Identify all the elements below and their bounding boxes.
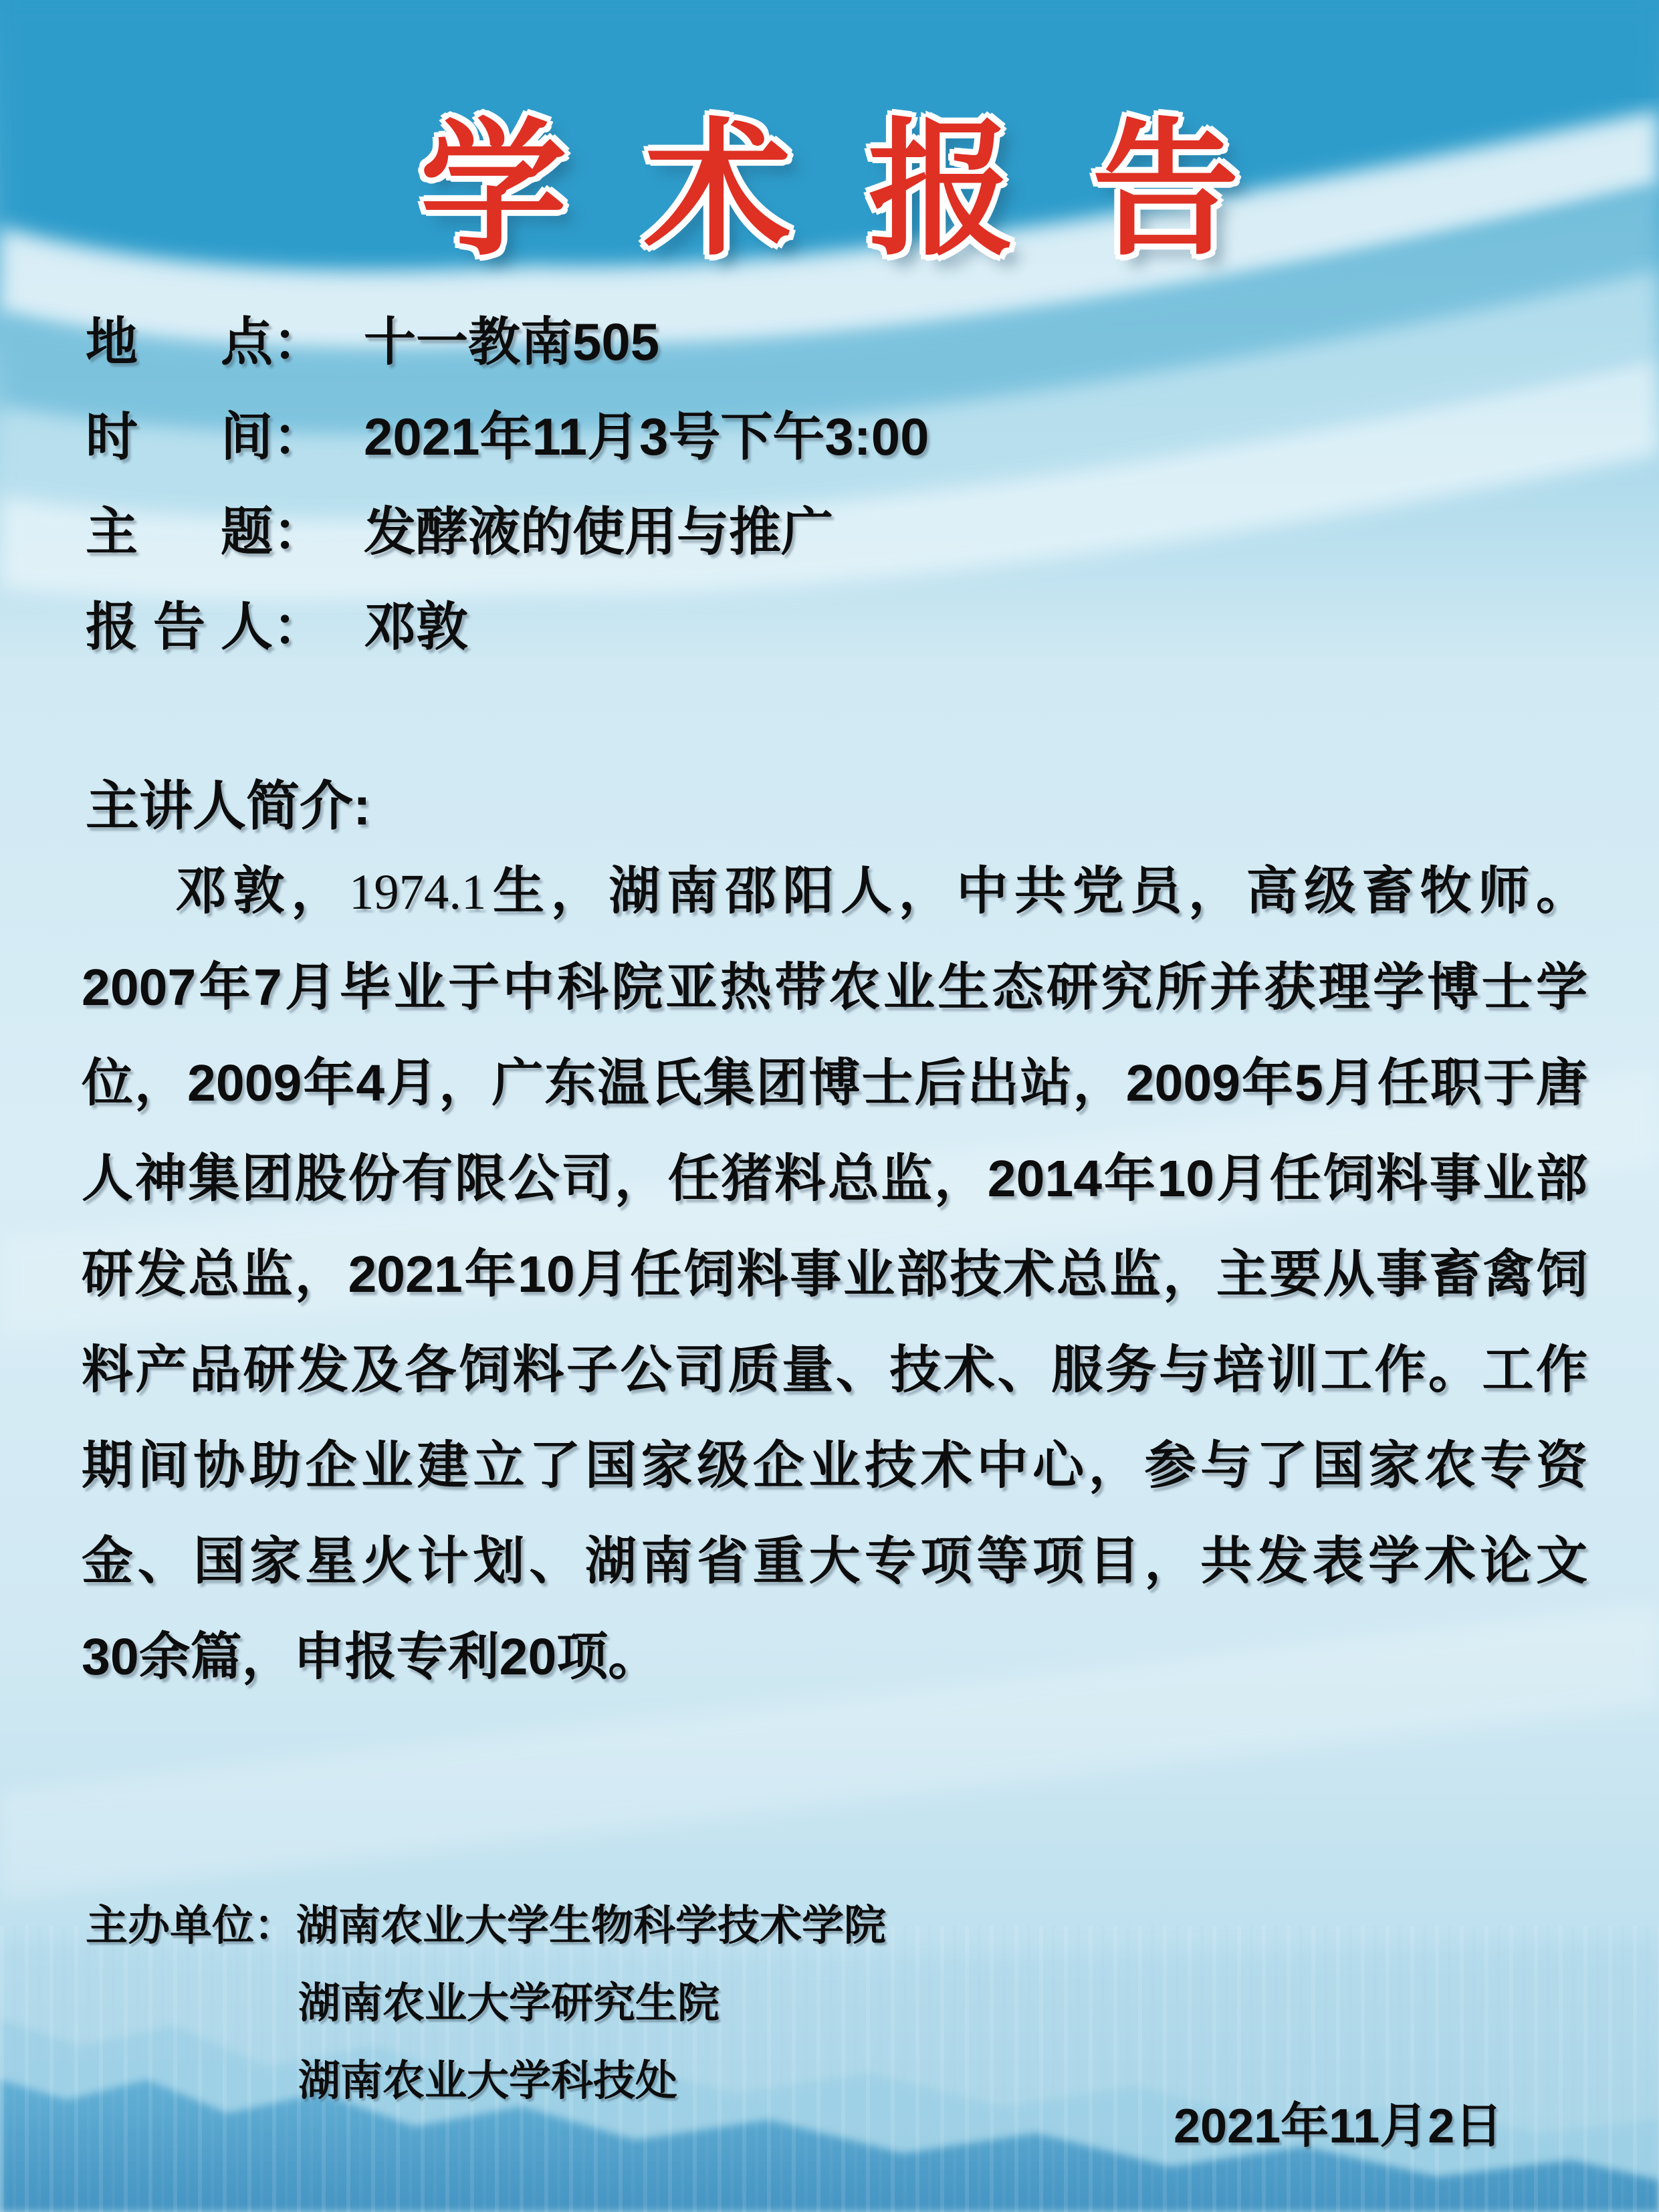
bio-line: 2007年7月毕业于中科院亚热带农业生态研究所并获理学博士学 <box>82 940 1587 1036</box>
bio-heading: 主讲人简介: <box>86 774 371 839</box>
info-value-speaker: 邓敦 <box>364 579 468 674</box>
info-label-speaker: 报告人 <box>86 579 273 674</box>
info-value-location: 十一教南505 <box>364 294 659 389</box>
organizer-row: 主办单位：湖南农业大学生物科学技术学院 <box>86 1887 886 1965</box>
bio-line: 位，2009年4月，广东温氏集团博士后出站，2009年5月任职于唐 <box>82 1036 1587 1131</box>
bio-line: 料产品研发及各饲料子公司质量、技术、服务与培训工作。工作 <box>82 1323 1587 1418</box>
bio-line1-pre: 邓敦， <box>175 863 349 920</box>
organizer-item: 湖南农业大学生物科学技术学院 <box>296 1902 886 1949</box>
info-colon: ： <box>273 484 325 579</box>
info-section: 地点：十一教南505 时间：2021年11月3号下午3:00 主题：发酵液的使用… <box>86 294 929 674</box>
organizer-label: 主办单位 <box>86 1902 254 1949</box>
poster-content: 学术报告 地点：十一教南505 时间：2021年11月3号下午3:00 主题：发… <box>0 0 1659 2212</box>
info-value-topic: 发酵液的使用与推广 <box>364 484 833 579</box>
bio-line1-birthdate: 1974.1 <box>349 865 486 920</box>
info-label-topic: 主题 <box>86 484 273 579</box>
info-colon: ： <box>273 579 325 674</box>
bio-line: 研发总监，2021年10月任饲料事业部技术总监，主要从事畜禽饲 <box>82 1227 1587 1323</box>
bio-line1-post: 生，湖南邵阳人，中共党员，高级畜牧师。 <box>486 863 1587 920</box>
info-label-time: 时间 <box>86 389 273 484</box>
info-row-time: 时间：2021年11月3号下午3:00 <box>86 389 929 484</box>
organizer-colon: ： <box>254 1902 296 1949</box>
organizer-section: 主办单位：湖南农业大学生物科学技术学院 湖南农业大学研究生院 湖南农业大学科技处 <box>86 1887 886 2120</box>
info-row-topic: 主题：发酵液的使用与推广 <box>86 484 929 579</box>
poster-page: 学术报告 地点：十一教南505 时间：2021年11月3号下午3:00 主题：发… <box>0 0 1659 2212</box>
poster-title: 学术报告 <box>420 112 1316 266</box>
bio-paragraph: 邓敦，1974.1生，湖南邵阳人，中共党员，高级畜牧师。 2007年7月毕业于中… <box>82 844 1587 1705</box>
bio-line: 人神集团股份有限公司，任猪料总监，2014年10月任饲料事业部 <box>82 1131 1587 1227</box>
organizer-row: 湖南农业大学研究生院 <box>86 1965 886 2042</box>
title-row: 学术报告 <box>0 112 1659 315</box>
organizer-item: 湖南农业大学研究生院 <box>298 1980 720 2027</box>
info-label-location: 地点 <box>86 294 273 389</box>
organizer-row: 湖南农业大学科技处 <box>86 2042 886 2120</box>
info-colon: ： <box>273 294 325 389</box>
bio-line: 期间协助企业建立了国家级企业技术中心，参与了国家农专资 <box>82 1418 1587 1514</box>
bio-line: 邓敦，1974.1生，湖南邵阳人，中共党员，高级畜牧师。 <box>82 844 1587 940</box>
info-row-location: 地点：十一教南505 <box>86 294 929 389</box>
organizer-item: 湖南农业大学科技处 <box>298 2058 677 2104</box>
info-value-time: 2021年11月3号下午3:00 <box>364 389 929 484</box>
info-row-speaker: 报告人：邓敦 <box>86 579 929 674</box>
bio-line: 30余篇，申报专利20项。 <box>82 1610 1587 1705</box>
bio-line: 金、国家星火计划、湖南省重大专项等项目，共发表学术论文 <box>82 1514 1587 1610</box>
poster-date: 2021年11月2日 <box>1174 2094 1503 2159</box>
info-colon: ： <box>273 389 325 484</box>
